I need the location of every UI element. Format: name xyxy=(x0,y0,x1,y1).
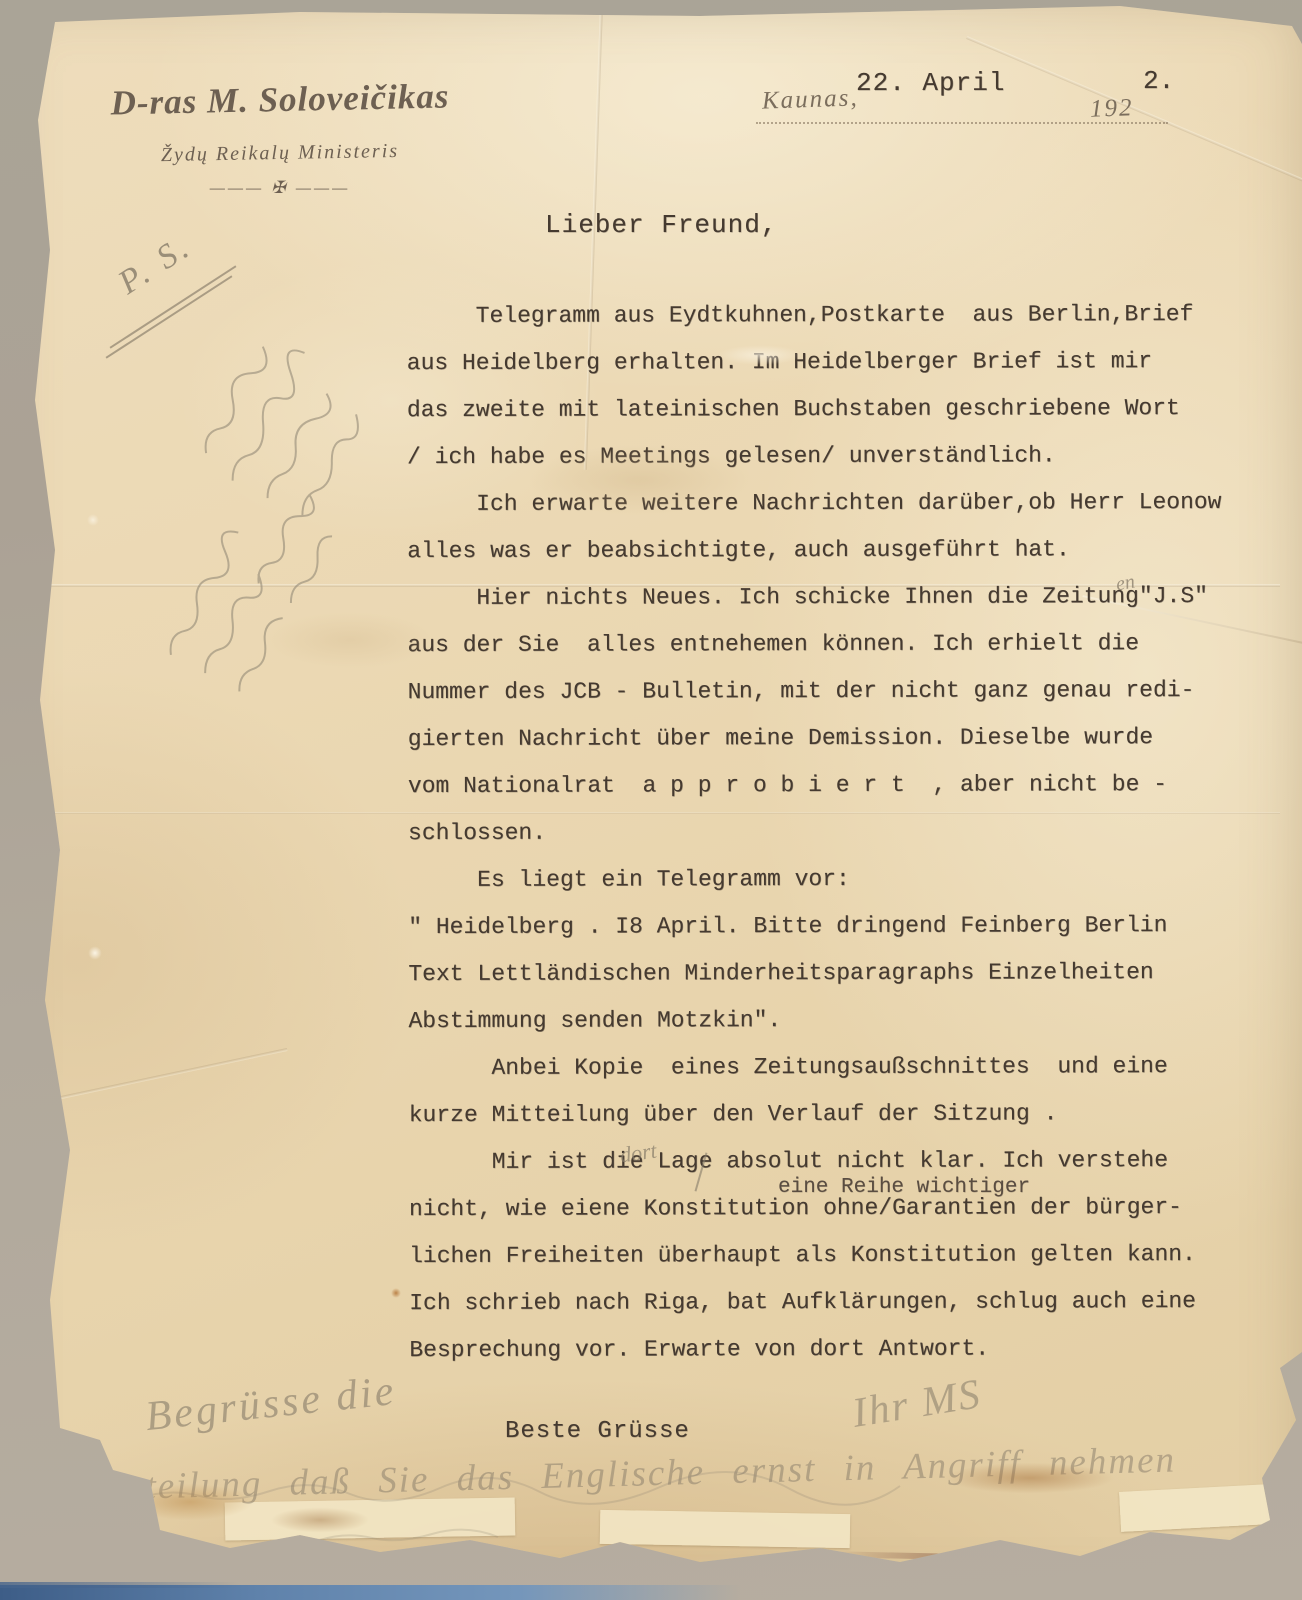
salutation: Lieber Freund, xyxy=(545,210,777,240)
letter-sheet: D-ras M. Soloveičikas Žydų Reikalų Minis… xyxy=(0,0,1302,1600)
typed-line: Hier nichts Neues. Ich schicke Ihnen die… xyxy=(407,573,1237,622)
typed-line: Abstimmung senden Motzkin". xyxy=(408,996,1238,1045)
typed-line: Text Lettländischen Minderheitsparagraph… xyxy=(408,949,1238,998)
pencil-caret-slash xyxy=(695,1152,708,1191)
typed-line: gierten Nachricht über meine Demission. … xyxy=(408,714,1238,763)
dateline-printed-year: 192 xyxy=(1090,94,1134,124)
pencil-ps-underline xyxy=(110,265,237,348)
dateline-dotted-rule xyxy=(756,96,1168,124)
typed-line: Anbei Kopie eines Zeitungsaußschnittes u… xyxy=(409,1043,1239,1092)
crease-diagonal-topright xyxy=(966,36,1302,203)
tape-repair xyxy=(1119,1484,1271,1532)
pencil-ps-note: P. S. xyxy=(112,228,199,303)
typed-line: Nummer des JCB - Bulletin, mit der nicht… xyxy=(408,667,1238,716)
pencil-ps-underline xyxy=(106,275,233,358)
typed-line: kurze Mitteilung über den Verlauf der Si… xyxy=(409,1090,1239,1139)
crease-horizontal-mid xyxy=(40,812,1280,814)
typed-line: aus der Sie alles entnehemen können. Ich… xyxy=(407,620,1237,669)
typed-line: Telegramm aus Eydtkuhnen,Postkarte aus B… xyxy=(407,291,1237,340)
signature-handwritten: Ihr MS xyxy=(849,1370,985,1438)
tape-repair xyxy=(600,1510,851,1548)
pencil-insertion-en: en xyxy=(1114,571,1137,597)
typed-line: Es liegt ein Telegramm vor: xyxy=(408,855,1238,904)
typed-line: vom Nationalrat a p p r o b i e r t , ab… xyxy=(408,761,1238,810)
illegible-pencil-scrawl xyxy=(0,0,1302,1600)
letterhead-divider-ornament: ——— ✠ ——— xyxy=(175,178,385,198)
typed-line: schlossen. xyxy=(408,808,1238,857)
letterhead-subtitle: Žydų Reikalų Ministeris xyxy=(115,139,445,168)
typed-line: / ich habe es Meetings gelesen/ unverstä… xyxy=(407,432,1237,481)
typed-line: Ich erwarte weitere Nachrichten darüber,… xyxy=(407,479,1237,528)
typed-line: Besprechung vor. Erwarte von dort Antwor… xyxy=(409,1325,1239,1374)
tape-repair xyxy=(225,1497,516,1540)
typed-line: lichen Freiheiten überhaupt als Konstitu… xyxy=(409,1231,1239,1280)
typed-line: Ich schrieb nach Riga, bat Aufklärungen,… xyxy=(409,1278,1239,1327)
dateline-typed-year-digit: 2. xyxy=(1143,66,1174,96)
typed-line: Mir ist die Lage absolut nicht klar. Ich… xyxy=(409,1137,1239,1186)
torn-edge-shadow xyxy=(830,1551,1290,1567)
pencil-bottom-note-line2: Mitteilung daß Sie das Englische ernst i… xyxy=(88,1437,1229,1510)
pencil-bottom-note-line1: Begrüsse die xyxy=(143,1367,398,1441)
tear-left-edge xyxy=(33,1048,288,1105)
closing-salutation: Beste Grüsse xyxy=(505,1418,690,1445)
typed-line: aus Heidelberg erhalten. Im Heidelberger… xyxy=(407,338,1237,387)
crease-horizontal-upper xyxy=(40,584,1280,587)
dateline-place: Kaunas, xyxy=(762,84,860,115)
crease-vertical xyxy=(584,0,603,470)
typed-line: " Heidelberg . I8 April. Bitte dringend … xyxy=(408,902,1238,951)
typed-line: das zweite mit lateinischen Buchstaben g… xyxy=(407,385,1237,434)
typed-line: nicht, wie eiene Konstitution ohne/Garan… xyxy=(409,1184,1239,1233)
photo-backdrop: D-ras M. Soloveičikas Žydų Reikalų Minis… xyxy=(0,0,1302,1600)
pencil-insertion-dort: dort xyxy=(618,1138,658,1169)
dateline-typed-date: 22. April xyxy=(856,68,1005,98)
typed-line: alles was er beabsichtigte, auch ausgefü… xyxy=(407,526,1237,575)
typed-interline-insertion: eine Reihe wichtiger xyxy=(778,1176,1030,1199)
letter-body: Telegramm aus Eydtkuhnen,Postkarte aus B… xyxy=(407,291,1240,1374)
letterhead-name: D-ras M. Soloveičikas xyxy=(95,76,466,124)
blue-edge-strip-dark xyxy=(0,1582,240,1588)
crease-diagonal-right xyxy=(1082,595,1302,647)
